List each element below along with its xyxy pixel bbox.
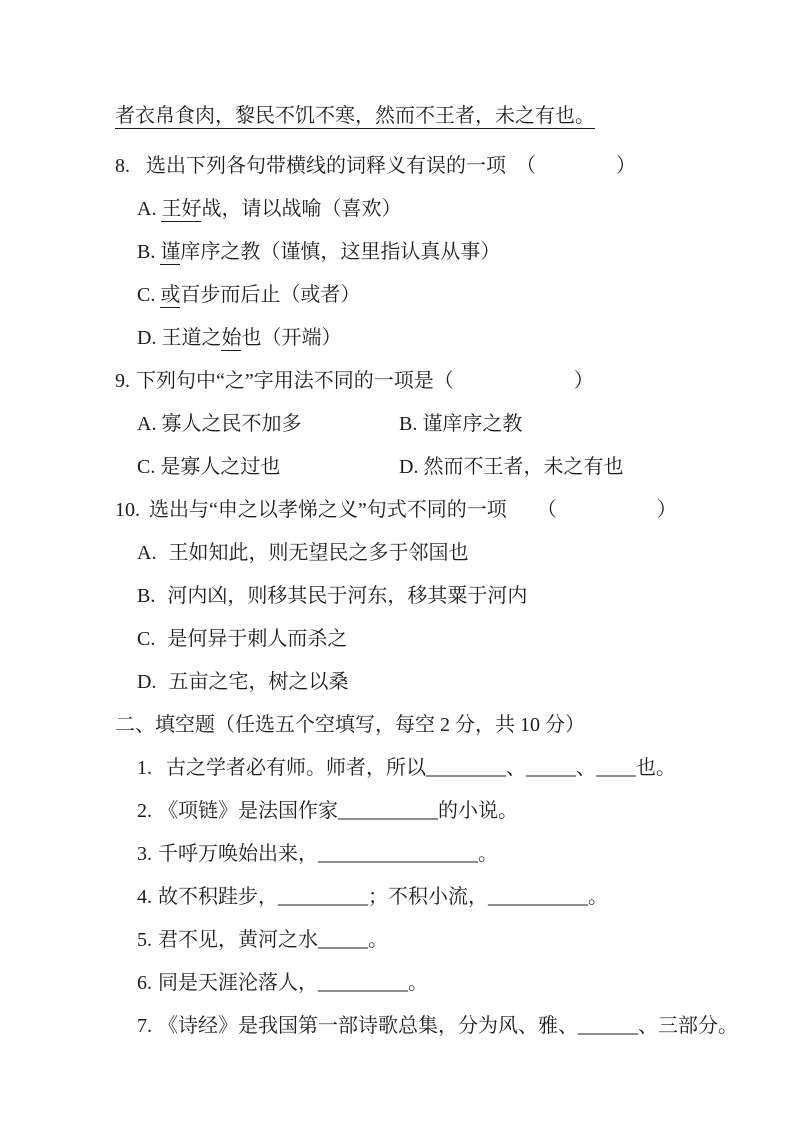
option-label: A. <box>137 542 156 564</box>
underlined-word: 始 <box>221 327 241 351</box>
fill-item: 2.《项链》是法国作家__________的小说。 <box>115 798 720 824</box>
fill-item-label: 6. <box>137 972 152 994</box>
option-cell: D.然而不王者，未之有也 <box>399 454 661 480</box>
text-segment: 是何异于刺人而杀之 <box>167 628 347 650</box>
fill-item-text: 故不积跬步，_________；不积小流，__________。 <box>158 886 608 908</box>
fill-item: 5.君不见，黄河之水_____。 <box>115 927 720 953</box>
exam-page: 者衣帛食肉，黎民不饥不寒，然而不王者，未之有也。 8.选出下列各句带横线的词释义… <box>0 0 800 1131</box>
option-label: B. <box>137 585 155 607</box>
option-cell: A.寡人之民不加多 <box>137 411 399 437</box>
option-label: A. <box>137 413 156 435</box>
question-9-stem-line: 9.下列句中“之”字用法不同的一项是（ ） <box>115 368 720 394</box>
option-text: 寡人之民不加多 <box>161 413 301 435</box>
option-row: C.是寡人之过也D.然而不王者，未之有也 <box>115 454 720 480</box>
option-cell: B.谨庠序之教 <box>399 411 661 437</box>
option-row: B.谨庠序之教（谨慎，这里指认真从事） <box>115 239 720 265</box>
option-label: D. <box>137 327 156 349</box>
answer-paren: （ ） <box>506 155 636 177</box>
option-text: 谨庠序之教（谨慎，这里指认真从事） <box>160 241 500 265</box>
question-10-stem-line: 10.选出与“申之以孝悌之义”句式不同的一项 （ ） <box>115 497 720 523</box>
answer-paren: （ ） <box>434 370 594 392</box>
question-stem: 选出与“申之以孝悌之义”句式不同的一项 <box>149 499 507 521</box>
question-number: 10. <box>115 497 140 523</box>
option-label: A. <box>137 198 156 220</box>
underlined-word: 或 <box>160 284 180 308</box>
option-label: D. <box>137 671 156 693</box>
question-9: 9.下列句中“之”字用法不同的一项是（ ） A.寡人之民不加多B.谨庠序之教 C… <box>115 368 720 480</box>
fill-item-text: 古之学者必有师。师者，所以________、_____、____也。 <box>166 757 676 779</box>
option-text: 河内凶，则移其民于河东，移其粟于河内 <box>167 585 527 607</box>
question-stem: 下列句中“之”字用法不同的一项是 <box>136 370 434 392</box>
option-label: B. <box>137 241 155 263</box>
option-text: 王道之始也（开端） <box>161 327 341 351</box>
text-segment: 也（开端） <box>241 327 341 349</box>
fill-item-label: 4. <box>137 886 152 908</box>
text-segment: 战，请以战喻（喜欢） <box>201 198 401 220</box>
fill-item-text: 君不见，黄河之水_____。 <box>158 929 388 951</box>
option-cell: C.是寡人之过也 <box>137 454 399 480</box>
option-row: C.是何异于刺人而杀之 <box>115 626 720 652</box>
fill-item-label: 2. <box>137 800 152 822</box>
fill-item-label: 5. <box>137 929 152 951</box>
fill-item: 3.千呼万唤始出来，________________。 <box>115 841 720 867</box>
question-number: 8. <box>115 153 130 179</box>
question-number: 9. <box>115 368 130 394</box>
option-label: B. <box>399 413 417 435</box>
fill-item-text: 千呼万唤始出来，________________。 <box>158 843 498 865</box>
option-row: C.或百步而后止（或者） <box>115 282 720 308</box>
fill-item-label: 7. <box>137 1015 152 1037</box>
option-row: A.寡人之民不加多B.谨庠序之教 <box>115 411 720 437</box>
option-text: 是何异于刺人而杀之 <box>167 628 347 650</box>
question-stem: 选出下列各句带横线的词释义有误的一项 <box>146 155 506 177</box>
fill-item: 7.《诗经》是我国第一部诗歌总集，分为风、雅、______、三部分。 <box>115 1013 720 1039</box>
text-segment: 庠序之教（谨慎，这里指认真从事） <box>180 241 500 263</box>
question-8: 8.选出下列各句带横线的词释义有误的一项 （ ） A.王好战，请以战喻（喜欢） … <box>115 153 720 351</box>
section-title-text: 二、填空题（任选五个空填写，每空 2 分，共 10 分） <box>115 714 585 736</box>
option-row: A.王好战，请以战喻（喜欢） <box>115 196 720 222</box>
passage-line: 者衣帛食肉，黎民不饥不寒，然而不王者，未之有也。 <box>115 103 720 129</box>
text-segment: 河内凶，则移其民于河东，移其粟于河内 <box>167 585 527 607</box>
text-segment: 王道之 <box>161 327 221 349</box>
text-segment: 然而不王者，未之有也 <box>423 456 623 478</box>
option-label: C. <box>137 456 155 478</box>
option-text: 王如知此，则无望民之多于邻国也 <box>168 542 468 564</box>
option-row: D.王道之始也（开端） <box>115 325 720 351</box>
option-row: D.五亩之宅，树之以桑 <box>115 669 720 695</box>
fill-item-text: 同是天涯沦落人，_________。 <box>158 972 428 994</box>
fill-item: 4.故不积跬步，_________；不积小流，__________。 <box>115 884 720 910</box>
option-text: 或百步而后止（或者） <box>160 284 360 308</box>
section-title: 二、填空题（任选五个空填写，每空 2 分，共 10 分） <box>115 712 720 738</box>
answer-paren: （ ） <box>507 499 677 521</box>
underlined-word: 者衣帛食肉，黎民不饥不寒，然而不王者，未之有也。 <box>115 105 595 129</box>
option-label: C. <box>137 628 155 650</box>
fill-item: 6.同是天涯沦落人，_________。 <box>115 970 720 996</box>
underlined-word: 王好 <box>161 198 201 222</box>
option-text: 然而不王者，未之有也 <box>423 456 623 478</box>
text-segment: 百步而后止（或者） <box>180 284 360 306</box>
option-text: 五亩之宅，树之以桑 <box>168 671 348 693</box>
option-label: D. <box>399 456 418 478</box>
option-text: 王好战，请以战喻（喜欢） <box>161 198 401 222</box>
text-segment: 是寡人之过也 <box>160 456 280 478</box>
fill-item: 1.古之学者必有师。师者，所以________、_____、____也。 <box>115 755 720 781</box>
section-fill-in-blanks: 二、填空题（任选五个空填写，每空 2 分，共 10 分） 1.古之学者必有师。师… <box>115 712 720 1039</box>
fill-item-text: 《项链》是法国作家__________的小说。 <box>158 800 518 822</box>
fill-item-label: 1. <box>137 757 152 779</box>
option-label: C. <box>137 284 155 306</box>
question-8-stem-line: 8.选出下列各句带横线的词释义有误的一项 （ ） <box>115 153 720 179</box>
option-row: B.河内凶，则移其民于河东，移其粟于河内 <box>115 583 720 609</box>
fill-item-text: 《诗经》是我国第一部诗歌总集，分为风、雅、______、三部分。 <box>158 1015 738 1037</box>
text-segment: 五亩之宅，树之以桑 <box>168 671 348 693</box>
question-10: 10.选出与“申之以孝悌之义”句式不同的一项 （ ） A.王如知此，则无望民之多… <box>115 497 720 695</box>
underlined-word: 谨 <box>160 241 180 265</box>
text-segment: 谨庠序之教 <box>422 413 522 435</box>
text-segment: 王如知此，则无望民之多于邻国也 <box>168 542 468 564</box>
fill-item-label: 3. <box>137 843 152 865</box>
option-text: 是寡人之过也 <box>160 456 280 478</box>
text-segment: 寡人之民不加多 <box>161 413 301 435</box>
option-text: 谨庠序之教 <box>422 413 522 435</box>
option-row: A.王如知此，则无望民之多于邻国也 <box>115 540 720 566</box>
